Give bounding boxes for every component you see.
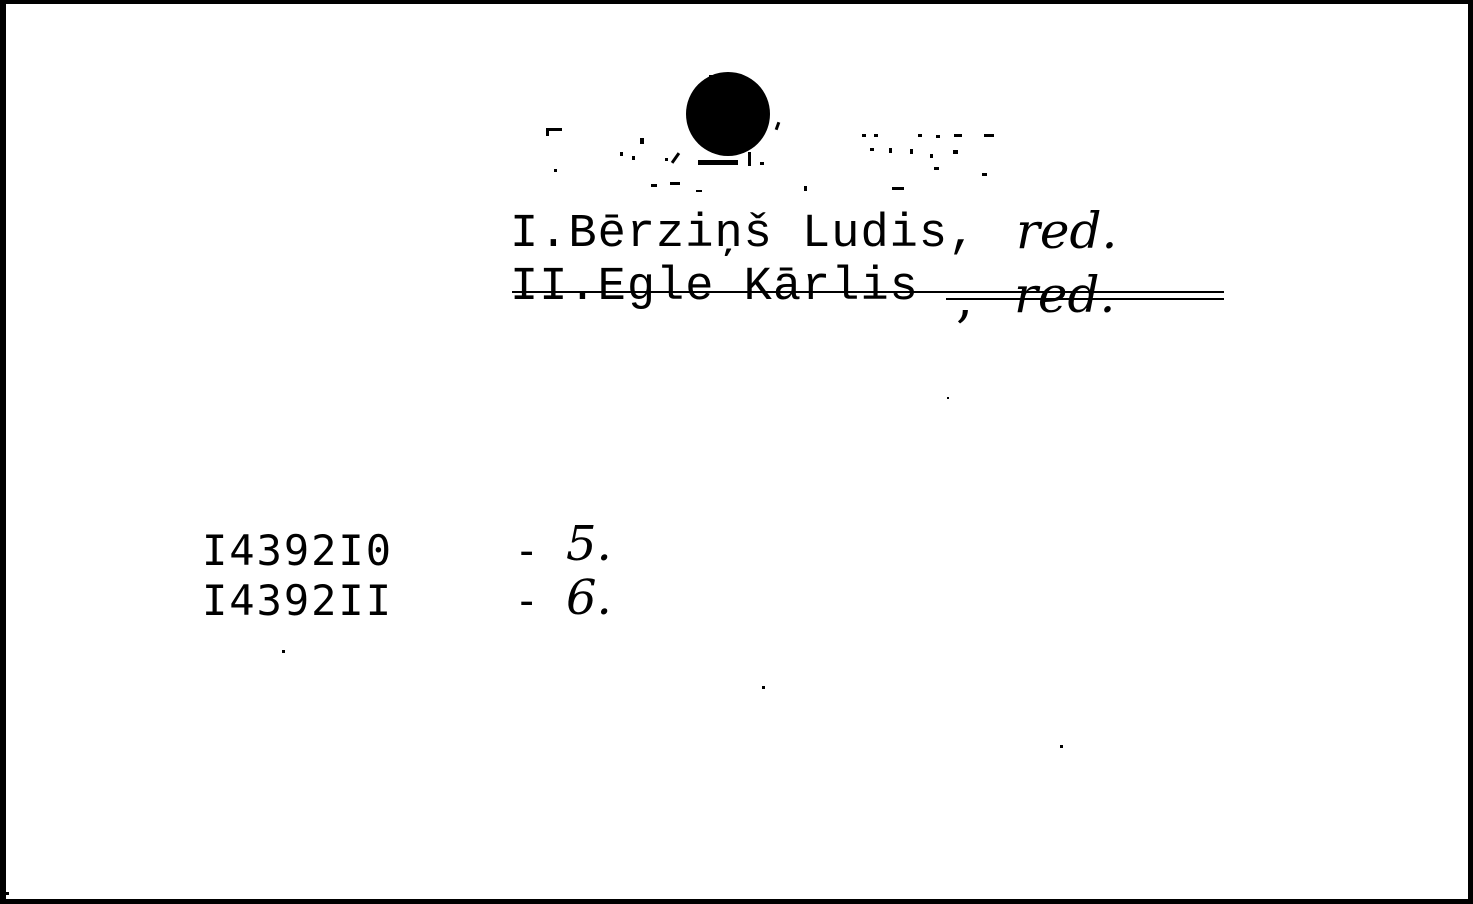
punch-hole <box>686 72 770 156</box>
strikethrough-line <box>512 291 1224 293</box>
entry-1-number: I. <box>510 208 568 261</box>
entry-line-2: II.Egle Kārlis <box>510 262 919 314</box>
accession-id-1: I4392I0 <box>202 526 393 575</box>
accession-copy-2: 6. <box>566 570 612 626</box>
stray-dot <box>1060 745 1063 748</box>
stray-dot <box>6 892 9 895</box>
entry-1-handwritten-annotation: red. <box>1016 202 1117 260</box>
stray-dot <box>282 650 285 653</box>
entry-2-handwritten-annotation: red. <box>1014 266 1115 324</box>
entry-2-name: Egle Kārlis <box>598 261 919 314</box>
accession-copy-1: 5. <box>566 516 612 572</box>
entry-line-1: I.Bērziņš Ludis, <box>510 209 977 261</box>
stray-dot <box>947 397 949 399</box>
accession-id-2: I4392II <box>202 576 393 625</box>
accession-dash-2: - <box>514 576 539 625</box>
catalog-card: I.Bērziņš Ludis, red. II.Egle Kārlis , r… <box>6 4 1468 899</box>
entry-2-number: II. <box>510 261 598 314</box>
stray-dot <box>762 686 765 689</box>
entry-1-separator: , <box>948 208 977 261</box>
accession-dash-1: - <box>514 526 539 575</box>
entry-1-name: Bērziņš Ludis <box>568 208 948 261</box>
strikethrough-line-secondary <box>946 298 1224 300</box>
